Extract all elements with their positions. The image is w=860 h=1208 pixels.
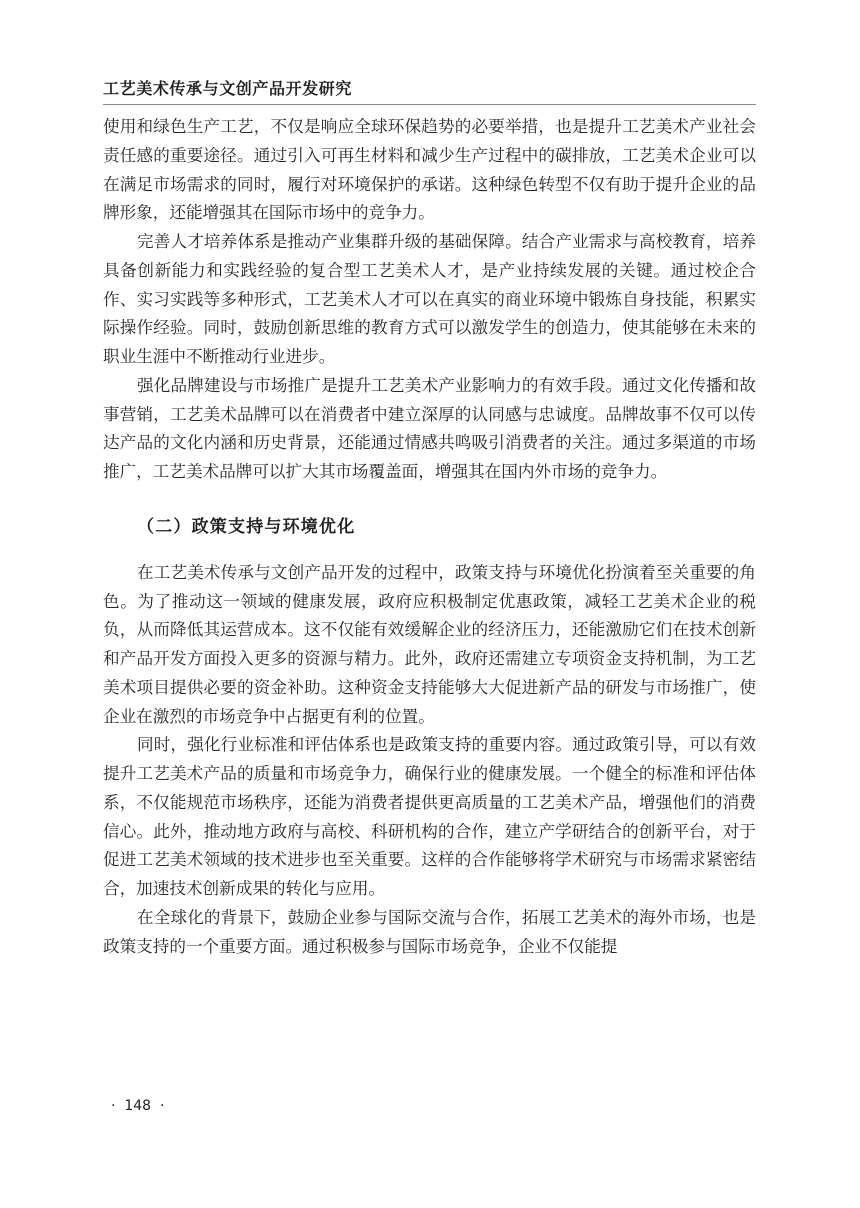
paragraph-international-cooperation: 在全球化的背景下，鼓励企业参与国际交流与合作，拓展工艺美术的海外市场，也是政策支… xyxy=(103,904,756,962)
section-heading: （二）政策支持与环境优化 xyxy=(137,513,756,541)
running-header-title: 工艺美术传承与文创产品开发研究 xyxy=(103,76,352,99)
paragraph-brand-building: 强化品牌建设与市场推广是提升工艺美术产业影响力的有效手段。通过文化传播和故事营销… xyxy=(103,372,756,487)
paragraph-industry-standards: 同时，强化行业标准和评估体系也是政策支持的重要内容。通过政策引导，可以有效提升工… xyxy=(103,731,756,904)
header-divider xyxy=(103,104,756,105)
paragraph-green-production: 使用和绿色生产工艺，不仅是响应全球环保趋势的必要举措，也是提升工艺美术产业社会责… xyxy=(103,113,756,228)
paragraph-talent-cultivation: 完善人才培养体系是推动产业集群升级的基础保障。结合产业需求与高校教育，培养具备创… xyxy=(103,228,756,372)
spacer xyxy=(103,487,756,499)
body-text: 使用和绿色生产工艺，不仅是响应全球环保趋势的必要举措，也是提升工艺美术产业社会责… xyxy=(103,113,756,961)
page-number: · 148 · xyxy=(111,1098,164,1114)
paragraph-policy-support: 在工艺美术传承与文创产品开发的过程中，政策支持与环境优化扮演着至关重要的角色。为… xyxy=(103,559,756,732)
